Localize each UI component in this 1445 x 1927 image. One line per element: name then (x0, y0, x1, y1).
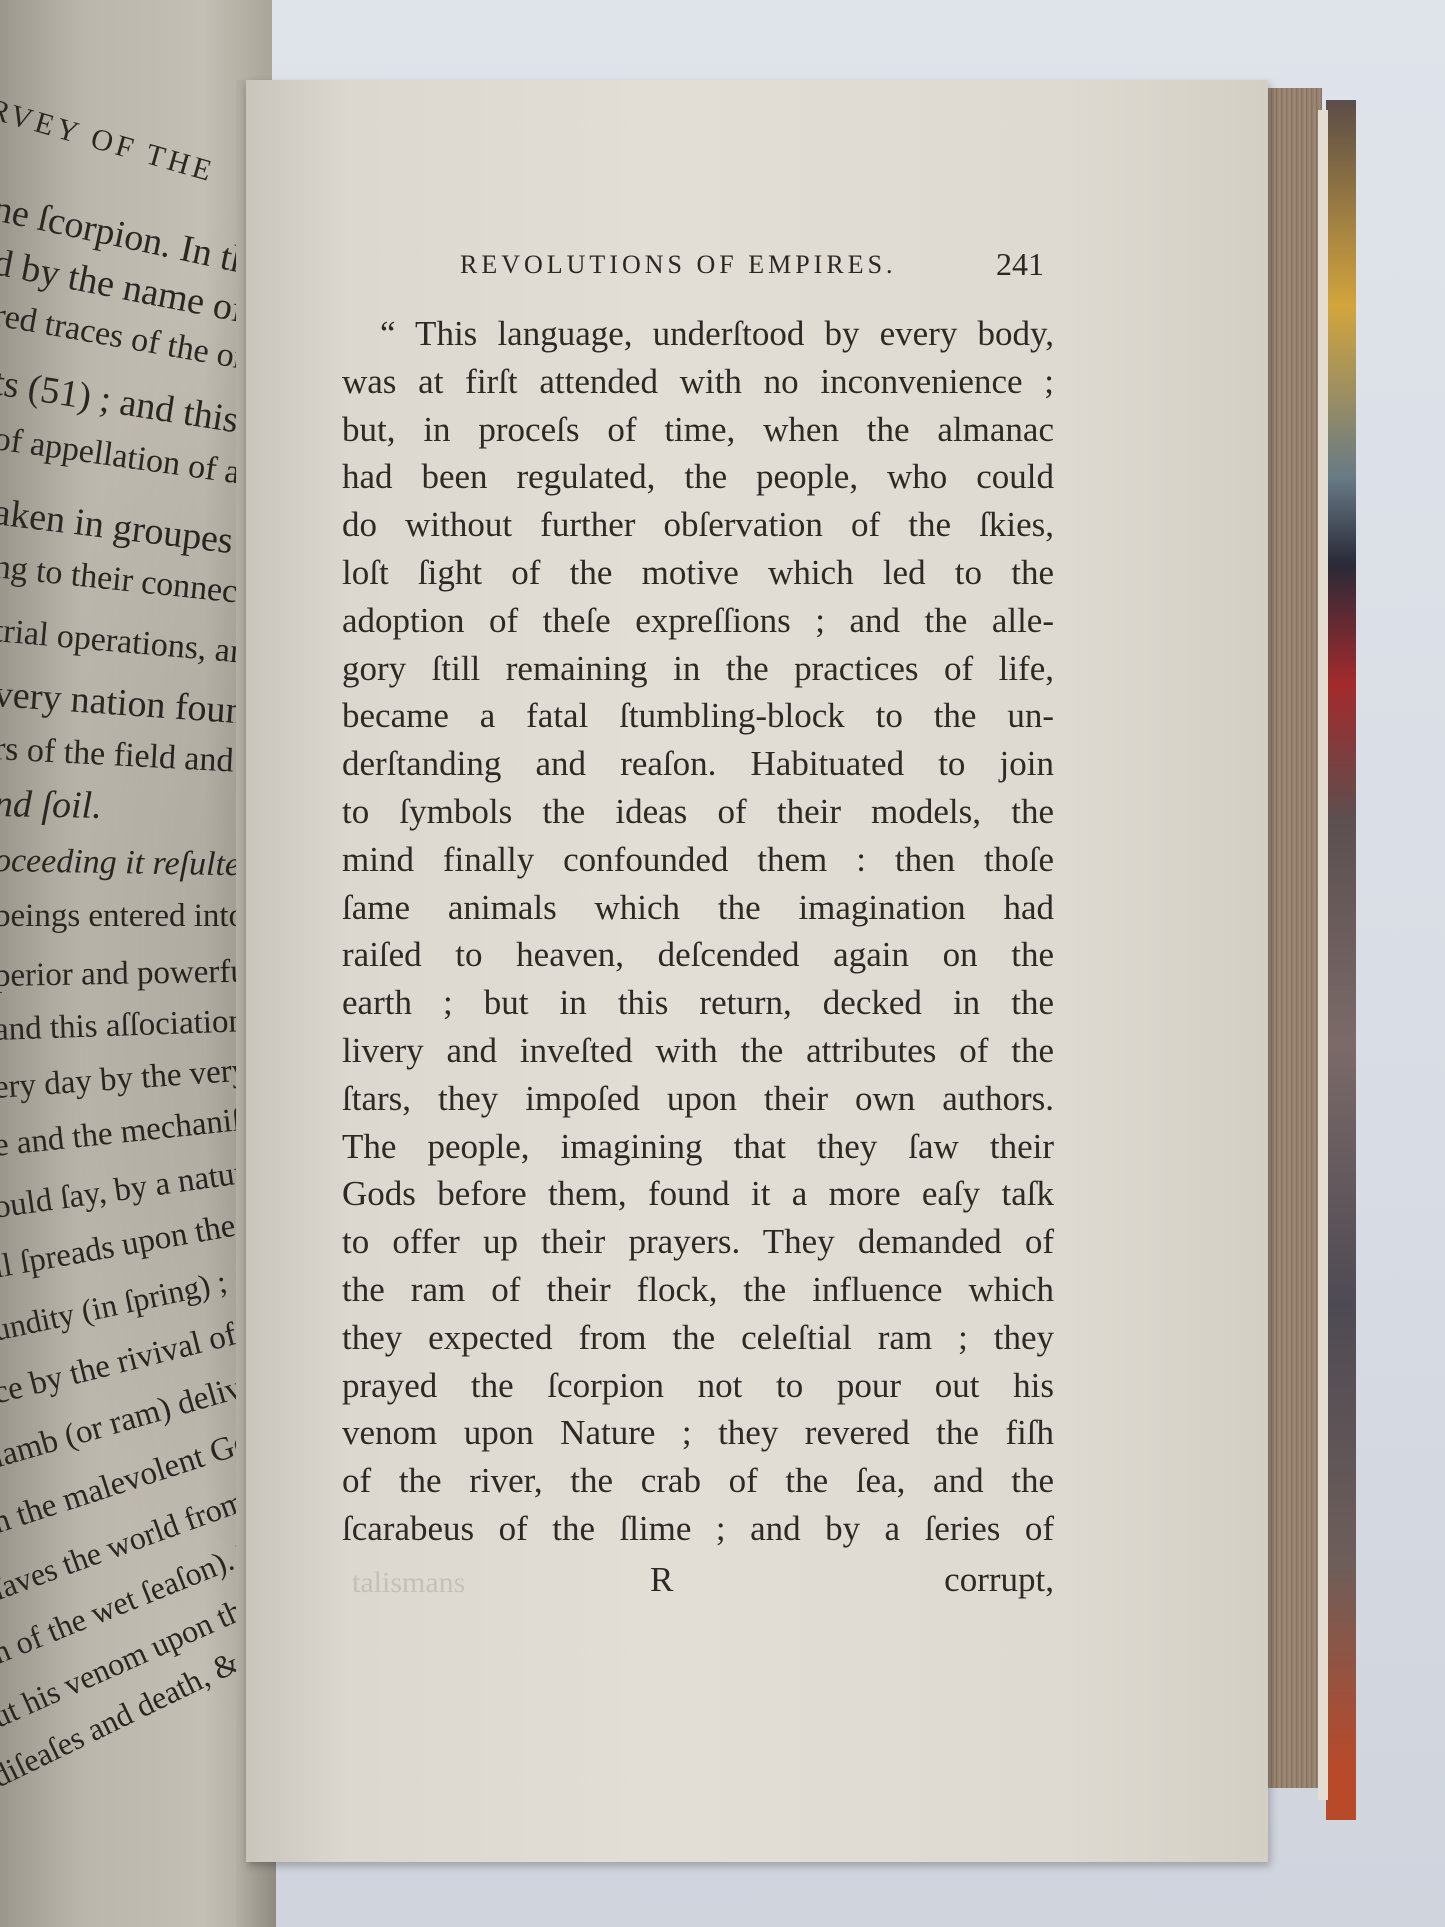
text-line: The people, imagining that they ſaw thei… (342, 1123, 1054, 1171)
running-head: REVOLUTIONS OF EMPIRES. (460, 250, 897, 280)
text-line: prayed the ſcorpion not to pour out his (342, 1362, 1054, 1410)
endpaper-edge (1318, 110, 1328, 1800)
text-line: had been regulated, the people, who coul… (342, 453, 1054, 501)
text-line: to offer up their prayers. They demanded… (342, 1218, 1054, 1266)
left-line: red traces of the orbits of t (0, 296, 272, 396)
left-line: ll ſpreads upon the earth th (0, 1189, 272, 1287)
left-line: ne ſcorpion. In the la (0, 186, 272, 295)
left-line: diſeaſes and death, &c.” (0, 1627, 272, 1795)
left-page: RVEY OF THE ne ſcorpion. In the la d by … (0, 0, 272, 1927)
left-line: n of the wet ſeaſon). The ſco (0, 1502, 272, 1672)
left-line: trial operations, and the ana (0, 612, 272, 683)
left-line: ng to their connection wit (0, 548, 272, 622)
text-line: derſtanding and reaſon. Habituated to jo… (342, 740, 1054, 788)
text-line: livery and inveſted with the attributes … (342, 1027, 1054, 1075)
page-footer: talismans R corrupt, (342, 1560, 1054, 1608)
left-line: rs of the field and the objec (0, 730, 272, 787)
text-line: adoption of theſe expreſſions ; and the … (342, 597, 1054, 645)
text-line: to ſymbols the ideas of their models, th… (342, 788, 1054, 836)
text-line: earth ; but in this return, decked in th… (342, 979, 1054, 1027)
left-line: e and the mechaniſm of th (0, 1092, 272, 1165)
left-line: undity (in ſpring) ; and brin (0, 1239, 272, 1348)
text-line: ſame animals which the imagination had (342, 884, 1054, 932)
left-line: ould ſay, by a natural meta (0, 1142, 272, 1227)
catchword: corrupt, (944, 1560, 1054, 1600)
text-line: raiſed to heaven, deſcended again on the (342, 931, 1054, 979)
text-line: mind finally confounded them : then thoſ… (342, 836, 1054, 884)
left-line: perior and powerful being (0, 952, 272, 995)
page-block-edges (1262, 88, 1322, 1788)
text-line: gory ſtill remaining in the practices of… (342, 645, 1054, 693)
left-line: ery day by the very conſtitu (0, 1045, 272, 1107)
left-running-head: RVEY OF THE (0, 93, 219, 190)
text-line: the ram of their flock, the influence wh… (342, 1266, 1054, 1314)
page-number: 241 (996, 246, 1044, 283)
left-line: n the malevolent Genii o (0, 1406, 272, 1542)
text-line: ſcarabeus of the ſlime ; and by a ſeries… (342, 1505, 1054, 1553)
text-line: was at firſt attended with no inconvenie… (342, 358, 1054, 406)
body-text: “ This language, underſtood by every bod… (342, 310, 1054, 1553)
show-through-text: talismans (352, 1566, 465, 1600)
text-line: they expected from the celeſtial ram ; t… (342, 1314, 1054, 1362)
left-line: d by the name of rings a (0, 240, 272, 353)
text-line: of the river, the crab of the ſea, and t… (342, 1457, 1054, 1505)
left-line: oceeding it reſulted that ab (0, 842, 272, 886)
marbled-board-edge (1326, 100, 1356, 1820)
text-line: venom upon Nature ; they revered the fiſ… (342, 1409, 1054, 1457)
text-line: Gods before them, found it a more eaſy t… (342, 1170, 1054, 1218)
signature-mark: R (650, 1560, 673, 1600)
text-line: “ This language, underſtood by every bod… (342, 310, 1054, 358)
page-header: REVOLUTIONS OF EMPIRES. 241 (460, 250, 1040, 290)
text-line: do without further obſervation of the ſk… (342, 501, 1054, 549)
left-line: beings entered into aſſocia (0, 898, 272, 935)
text-line: loſt ſight of the motive which led to th… (342, 549, 1054, 597)
text-line: became a fatal ſtumbling-block to the un… (342, 692, 1054, 740)
left-line: of appellation of all the he (0, 420, 272, 507)
left-line: ts (51) ; and this was t (0, 360, 272, 456)
left-line: lamb (or ram) delivers th (0, 1350, 272, 1476)
left-line: and this aſſociation becam (0, 1000, 272, 1049)
left-line: aken in groupes or indi (0, 490, 272, 576)
left-line: ce by the rivival of veget (0, 1297, 272, 1412)
text-line: ſtars, they impoſed upon their own autho… (342, 1075, 1054, 1123)
left-line: ſaves the world from the ſe (0, 1455, 272, 1607)
left-line: very nation found them t (0, 672, 272, 742)
left-line: ut his venom upon the earth (0, 1557, 272, 1736)
text-line: but, in proceſs of time, when the almana… (342, 406, 1054, 454)
left-line: nd ſoil. (0, 782, 102, 828)
